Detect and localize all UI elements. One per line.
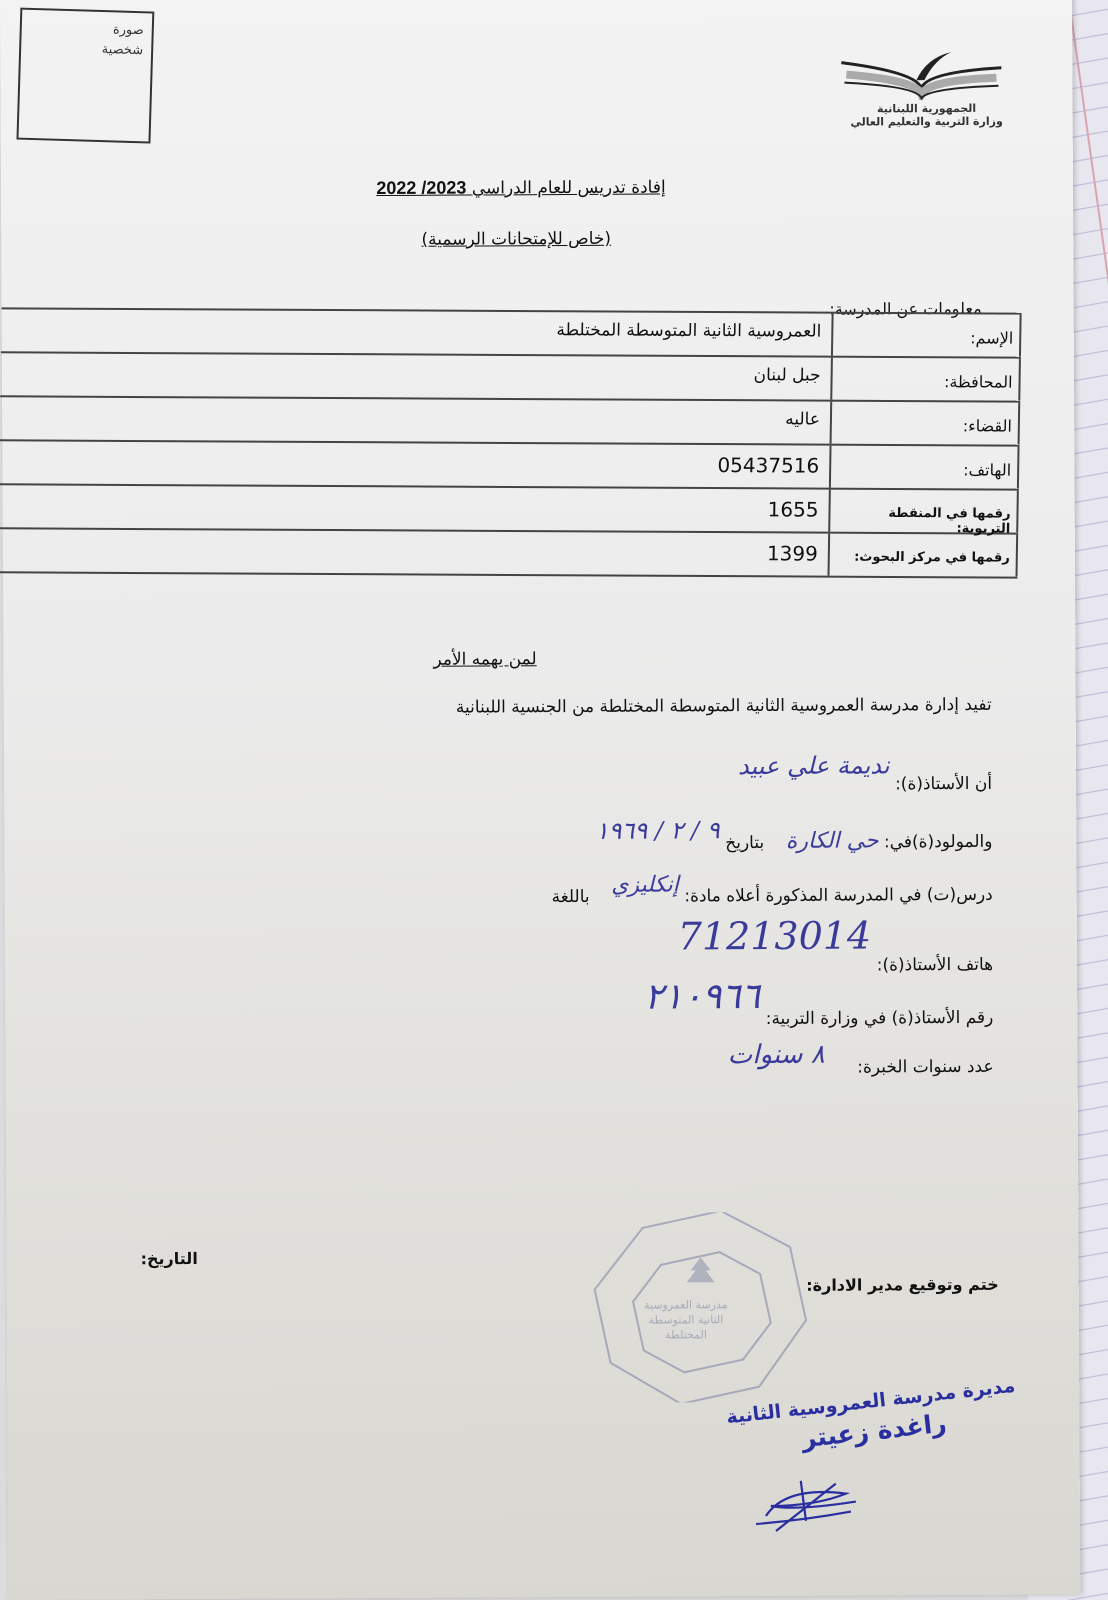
experience-line: عدد سنوات الخبرة: ٨ سنوات bbox=[728, 1049, 994, 1080]
signature-icon bbox=[756, 1475, 866, 1536]
teacher-name: نديمة علي عبيد bbox=[738, 751, 890, 780]
official-stamp: مدرسة العمروسية الثانية المتوسطة المختلط… bbox=[590, 1212, 811, 1403]
academic-year: 2023/ 2022 bbox=[376, 178, 466, 198]
document-title: إفادة تدريس للعام الدراسي 2023/ 2022 bbox=[331, 176, 711, 199]
experience-years: ٨ سنوات bbox=[728, 1040, 825, 1071]
birth-line: والمولود(ة)في: حي الكارة بتاريخ ٩ / ٢ / … bbox=[596, 825, 993, 855]
birth-date: ٩ / ٢ / ١٩٦٩ bbox=[596, 816, 720, 845]
table-row-governorate: المحافظة: جبل لبنان bbox=[0, 353, 1021, 402]
subject-value: إنكليزي bbox=[611, 872, 679, 897]
stamp-signature-label: ختم وتوقيع مدير الادارة: bbox=[806, 1275, 999, 1295]
subject-line: درس(ت) في المدرسة المذكورة أعلاه مادة: إ… bbox=[551, 881, 992, 908]
document-subtitle: (خاص للإمتحانات الرسمية) bbox=[381, 229, 651, 250]
school-info-table: الإسم: العمروسية الثانية المتوسطة المختل… bbox=[0, 307, 1022, 578]
teacher-phone: 71213014 bbox=[678, 913, 872, 958]
teacher-line: أن الأستاذ(ة): نديمة علي عبيد bbox=[738, 767, 992, 796]
table-row-name: الإسم: العمروسية الثانية المتوسطة المختل… bbox=[1, 307, 1022, 358]
photo-box-label: صورة شخصية bbox=[101, 20, 144, 61]
logo-line1: الجمهورية اللبنانية bbox=[837, 102, 1017, 116]
birth-place: حي الكارة bbox=[786, 828, 879, 853]
ministry-number-line: رقم الأستاذ(ة) في وزارة التربية: ٢١٠٩٦٦ bbox=[644, 991, 993, 1034]
logo-line2: وزارة التربية والتعليم العالي bbox=[837, 115, 1017, 129]
table-row-district: القضاء: عاليه bbox=[0, 397, 1020, 446]
photo-box: صورة شخصية bbox=[16, 8, 154, 144]
to-whom-heading: لمن يهمه الأمر bbox=[433, 649, 536, 670]
ministry-logo: الجمهورية اللبنانية وزارة التربية والتعل… bbox=[836, 50, 1016, 129]
table-row-educational-zone-number: رقمها في المنقطة التربوية: 1655 bbox=[0, 485, 1019, 534]
teacher-phone-line: هاتف الأستاذ(ة): 71213014 bbox=[678, 935, 993, 981]
stamp-inner-text: مدرسة العمروسية الثانية المتوسطة المختلط… bbox=[631, 1297, 741, 1343]
table-row-phone: الهاتف: 05437516 bbox=[0, 441, 1020, 490]
intro-line: تفيد إدارة مدرسة العمروسية الثانية المتو… bbox=[456, 695, 992, 718]
table-row-research-center-number: رقمها في مركز البحوث: 1399 bbox=[0, 529, 1018, 578]
ministry-number: ٢١٠٩٦٦ bbox=[644, 976, 760, 1018]
open-book-icon bbox=[836, 50, 1006, 101]
date-label: التاريخ: bbox=[141, 1249, 198, 1268]
certificate-page: صورة شخصية الجمهورية اللبنانية وزارة الت… bbox=[0, 0, 1080, 1600]
